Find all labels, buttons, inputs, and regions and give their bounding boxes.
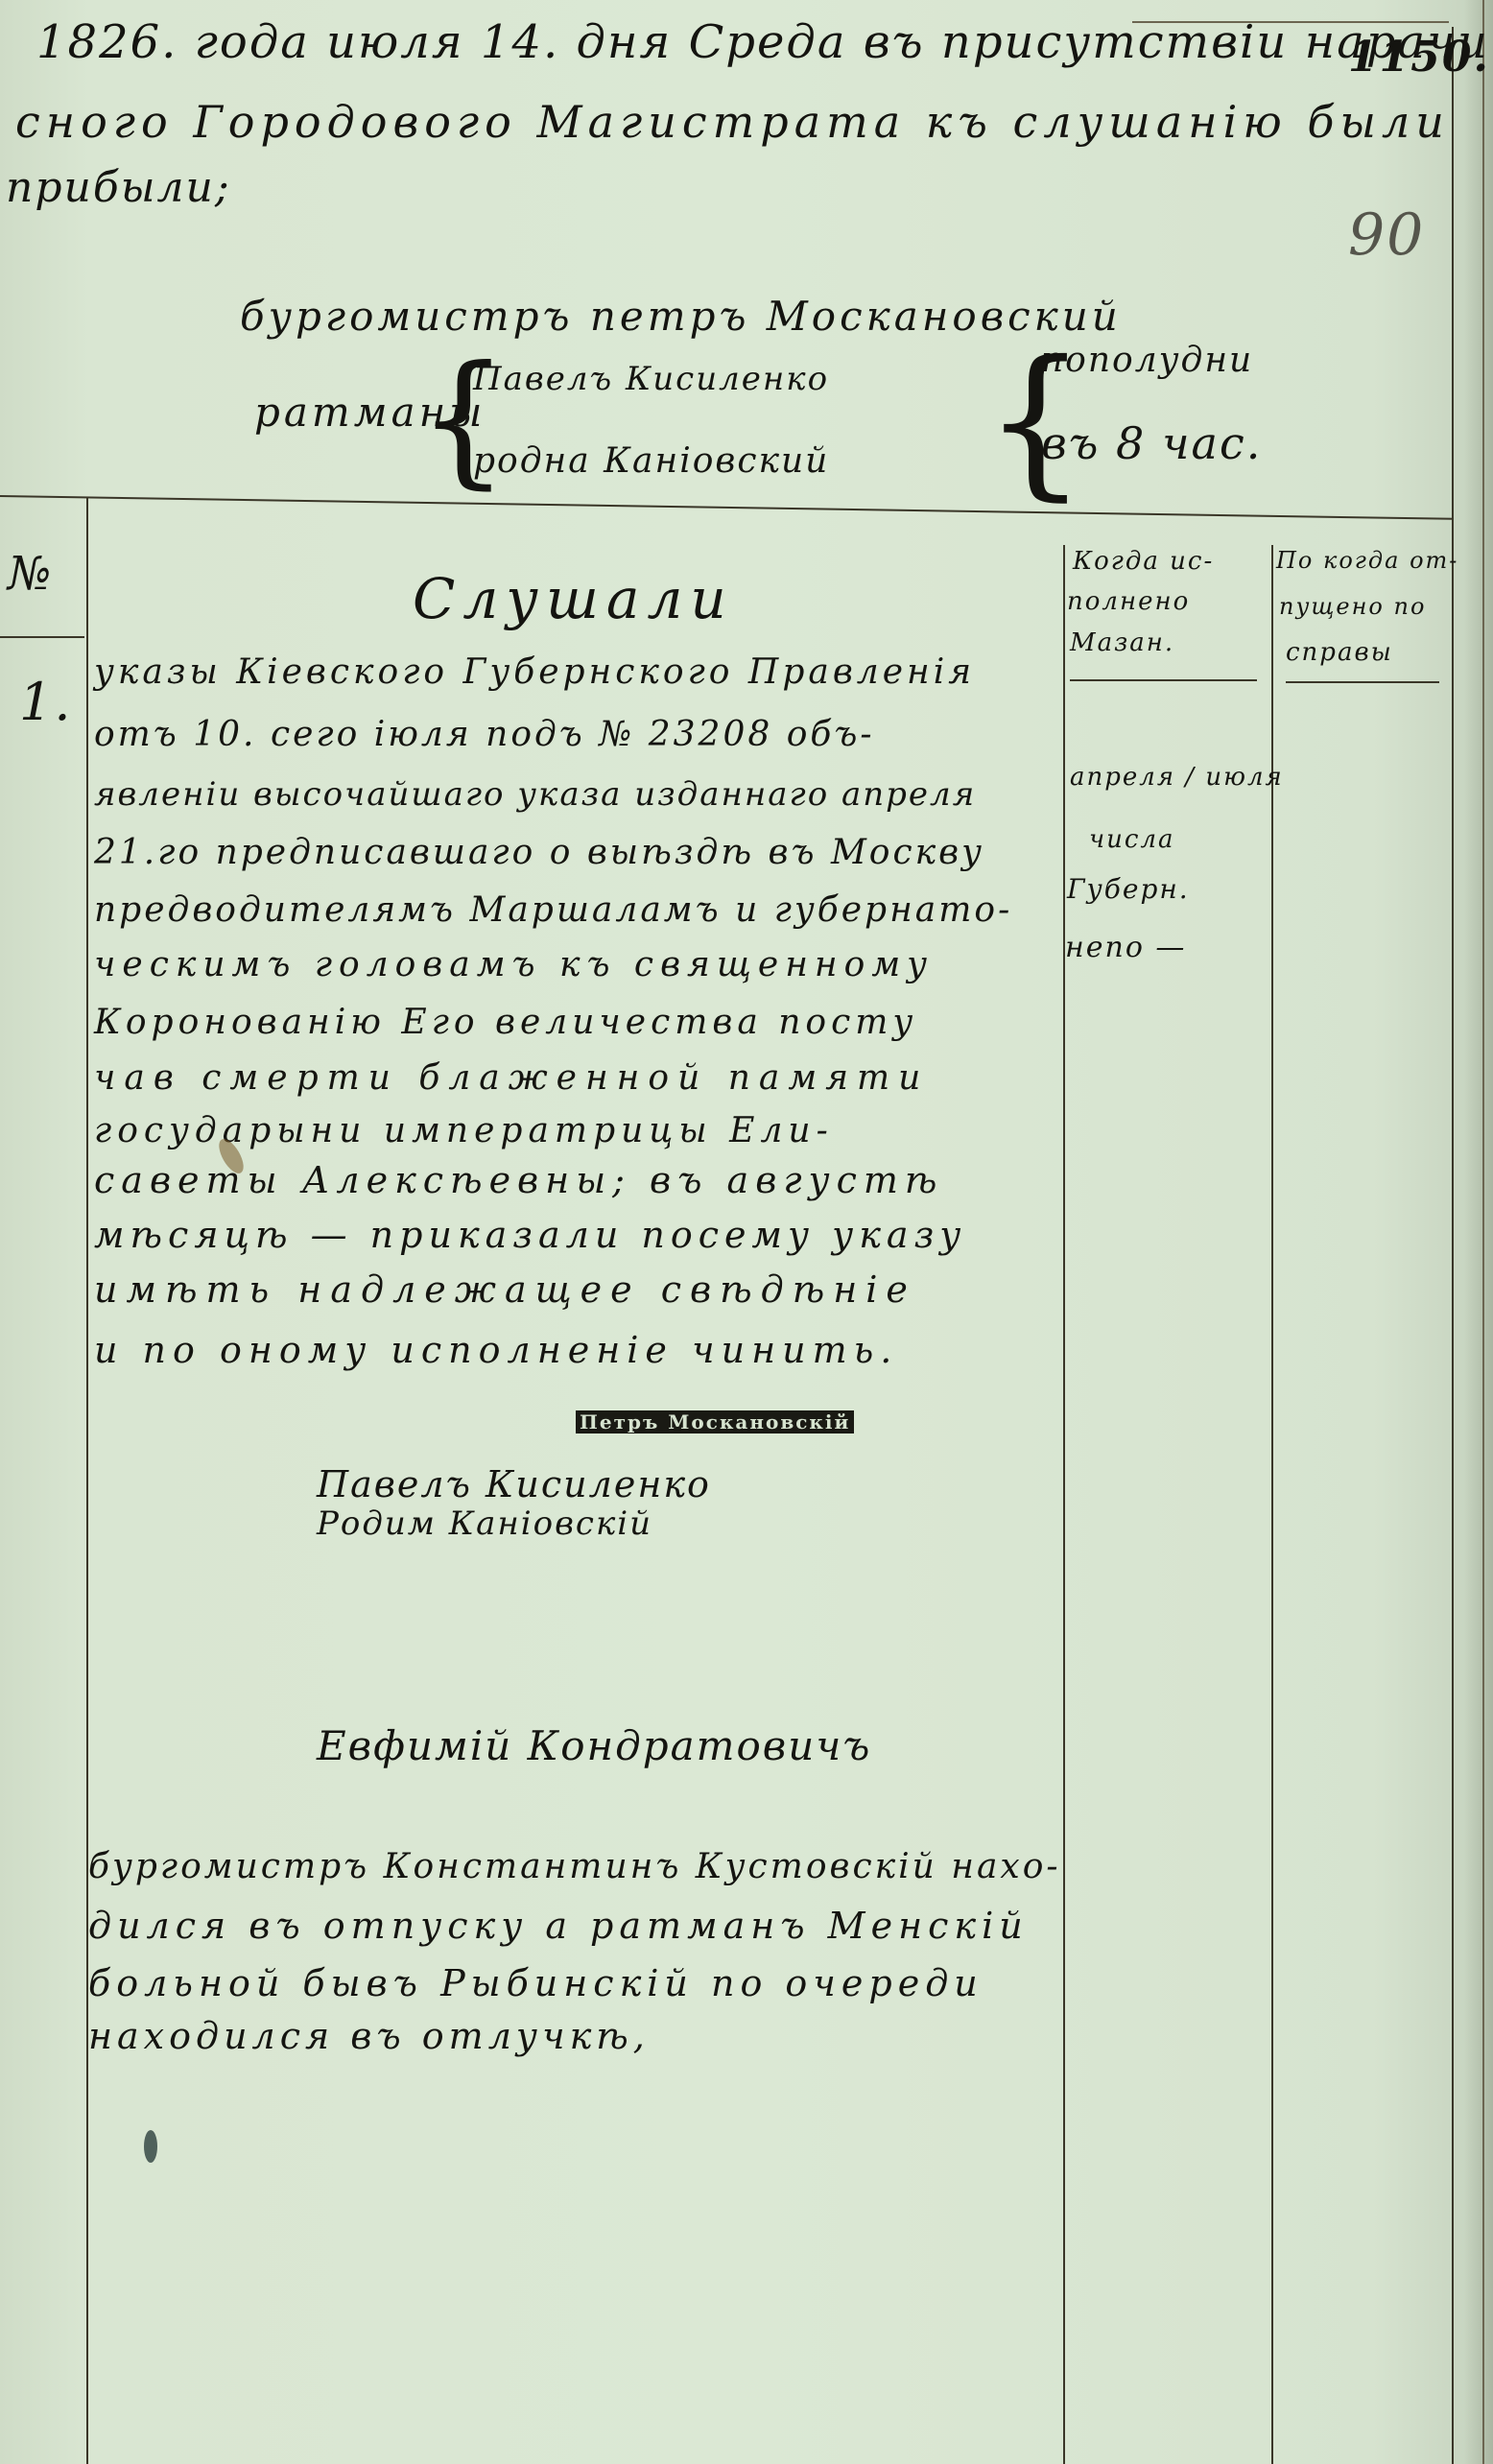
name-stamp: Петръ Москановскій: [576, 1410, 854, 1433]
main-line: мѣсяцѣ — приказали посему указу: [94, 1214, 966, 1256]
main-line: государыни императрицы Ели-: [94, 1111, 834, 1150]
note-line: дился въ отпуску а ратманъ Менскій: [88, 1905, 1029, 1947]
time-line-1: пополудни: [1041, 341, 1253, 380]
ratman-2: родна Каніовский: [473, 441, 829, 481]
row-number: 1.: [19, 672, 73, 732]
main-line: и по оному исполненіе чинить.: [94, 1329, 898, 1371]
col4-header-underline: [1286, 681, 1439, 683]
main-line: явленіи высочайшаго указа изданнаго апре…: [94, 775, 976, 814]
note-line: бургомистръ Константинъ Кустовскій нахо-: [88, 1847, 1061, 1886]
main-line: предводителямъ Маршаламъ и губернато-: [94, 890, 1012, 930]
page-edge-shadow: [1464, 0, 1493, 2464]
main-line: ческимъ головамъ къ священному: [94, 945, 934, 984]
col-main-divider: [1063, 545, 1065, 2464]
col4-header-2: пущено по: [1279, 593, 1426, 620]
col-exec-divider: [1271, 545, 1273, 2464]
signature-1-line-1: Павелъ Кисиленко: [317, 1463, 711, 1505]
header-line-2: сного Городового Магистрата къ слушанію …: [15, 96, 1450, 148]
col4-header-3: справы: [1286, 638, 1393, 667]
header-line-1: 1826. года июля 14. дня Среда въ присутс…: [36, 15, 1489, 69]
col-header-no: №: [8, 547, 53, 601]
archive-pencil-number: 90: [1348, 201, 1425, 269]
executed-line: апреля / июля: [1070, 763, 1284, 792]
ratman-1: Павелъ Кисиленко: [473, 360, 829, 398]
note-line: находился въ отлучкѣ,: [88, 2015, 650, 2057]
col-no-divider: [86, 497, 88, 2464]
note-line: больной бывъ Рыбинскій по очереди: [88, 1962, 983, 2004]
executed-line: Губерн.: [1067, 873, 1190, 905]
col3-header-3: Мазан.: [1070, 628, 1174, 657]
col4-header-1: По когда от-: [1276, 547, 1458, 574]
main-line: чав смерти блаженной памяти: [94, 1058, 929, 1098]
signature-2: Евфимій Кондратовичъ: [317, 1722, 871, 1769]
time-line-2: въ 8 час.: [1041, 417, 1262, 469]
col3-header-2: полнено: [1067, 587, 1190, 616]
main-line: отъ 10. сего іюля подъ № 23208 объ-: [94, 715, 875, 754]
main-line: указы Кіевского Губернского Правленія: [94, 652, 975, 692]
paper-hole: [144, 2130, 157, 2163]
col-header-main: Слушали: [413, 566, 734, 631]
right-border-rule: [1452, 27, 1454, 2464]
main-line: 21.го предписавшаго о выѣздѣ въ Москву: [94, 833, 984, 872]
folio-number: 1150.: [1348, 33, 1490, 82]
col3-header-underline: [1070, 679, 1257, 681]
main-line: саветы Алексѣевны; въ августѣ: [94, 1159, 943, 1201]
signature-1-line-2: Родим Каніовскій: [317, 1504, 652, 1543]
executed-line: непо —: [1065, 931, 1186, 964]
outer-right-rule: [1482, 0, 1484, 2464]
executed-line: числа: [1089, 825, 1175, 854]
header-line-3: прибыли;: [6, 163, 231, 212]
main-line: имѣть надлежащее свѣдѣніе: [94, 1268, 916, 1311]
col3-header-1: Когда ис-: [1073, 547, 1214, 576]
no-header-rule: [0, 636, 84, 638]
main-line: Коронованію Его величества посту: [94, 1003, 917, 1042]
